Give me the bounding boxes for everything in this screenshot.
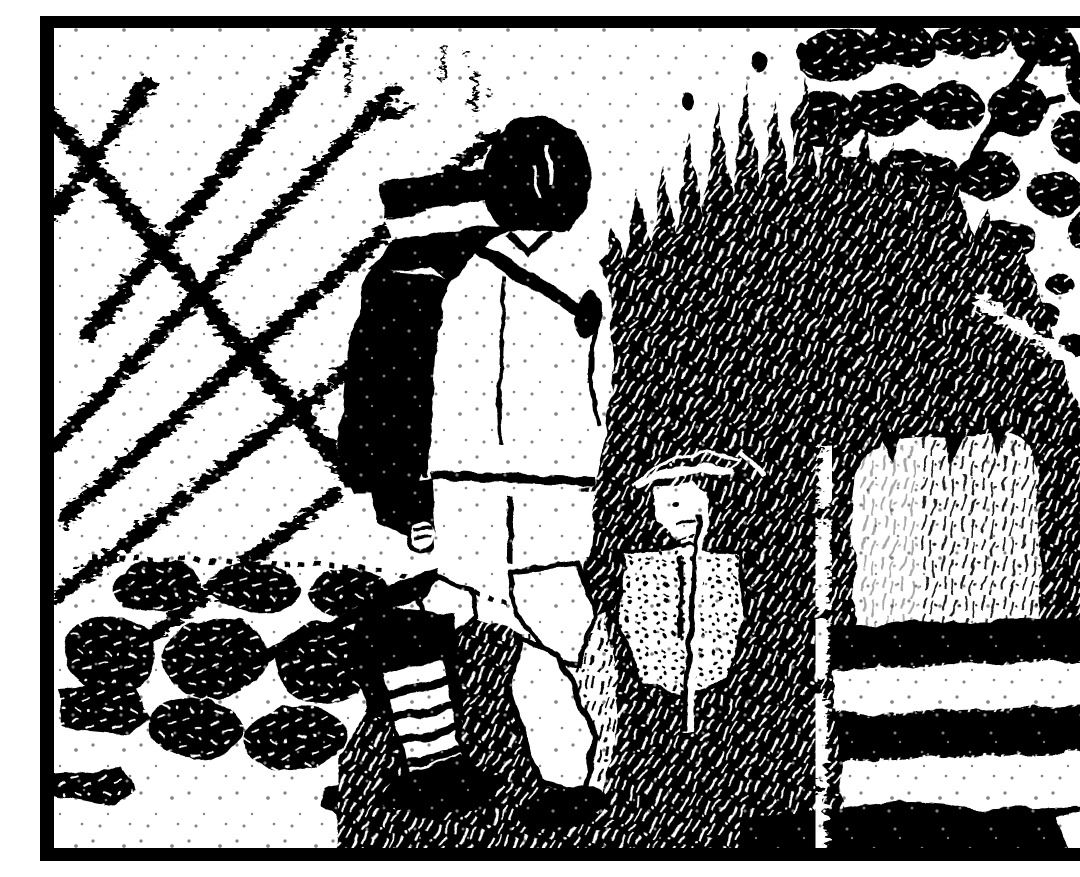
illustration-canvas: high-contrast black-and-white woodcut / … [40,16,1080,861]
woodcut-illustration: high-contrast black-and-white woodcut / … [40,16,1080,861]
grain-overlay [40,16,1080,861]
